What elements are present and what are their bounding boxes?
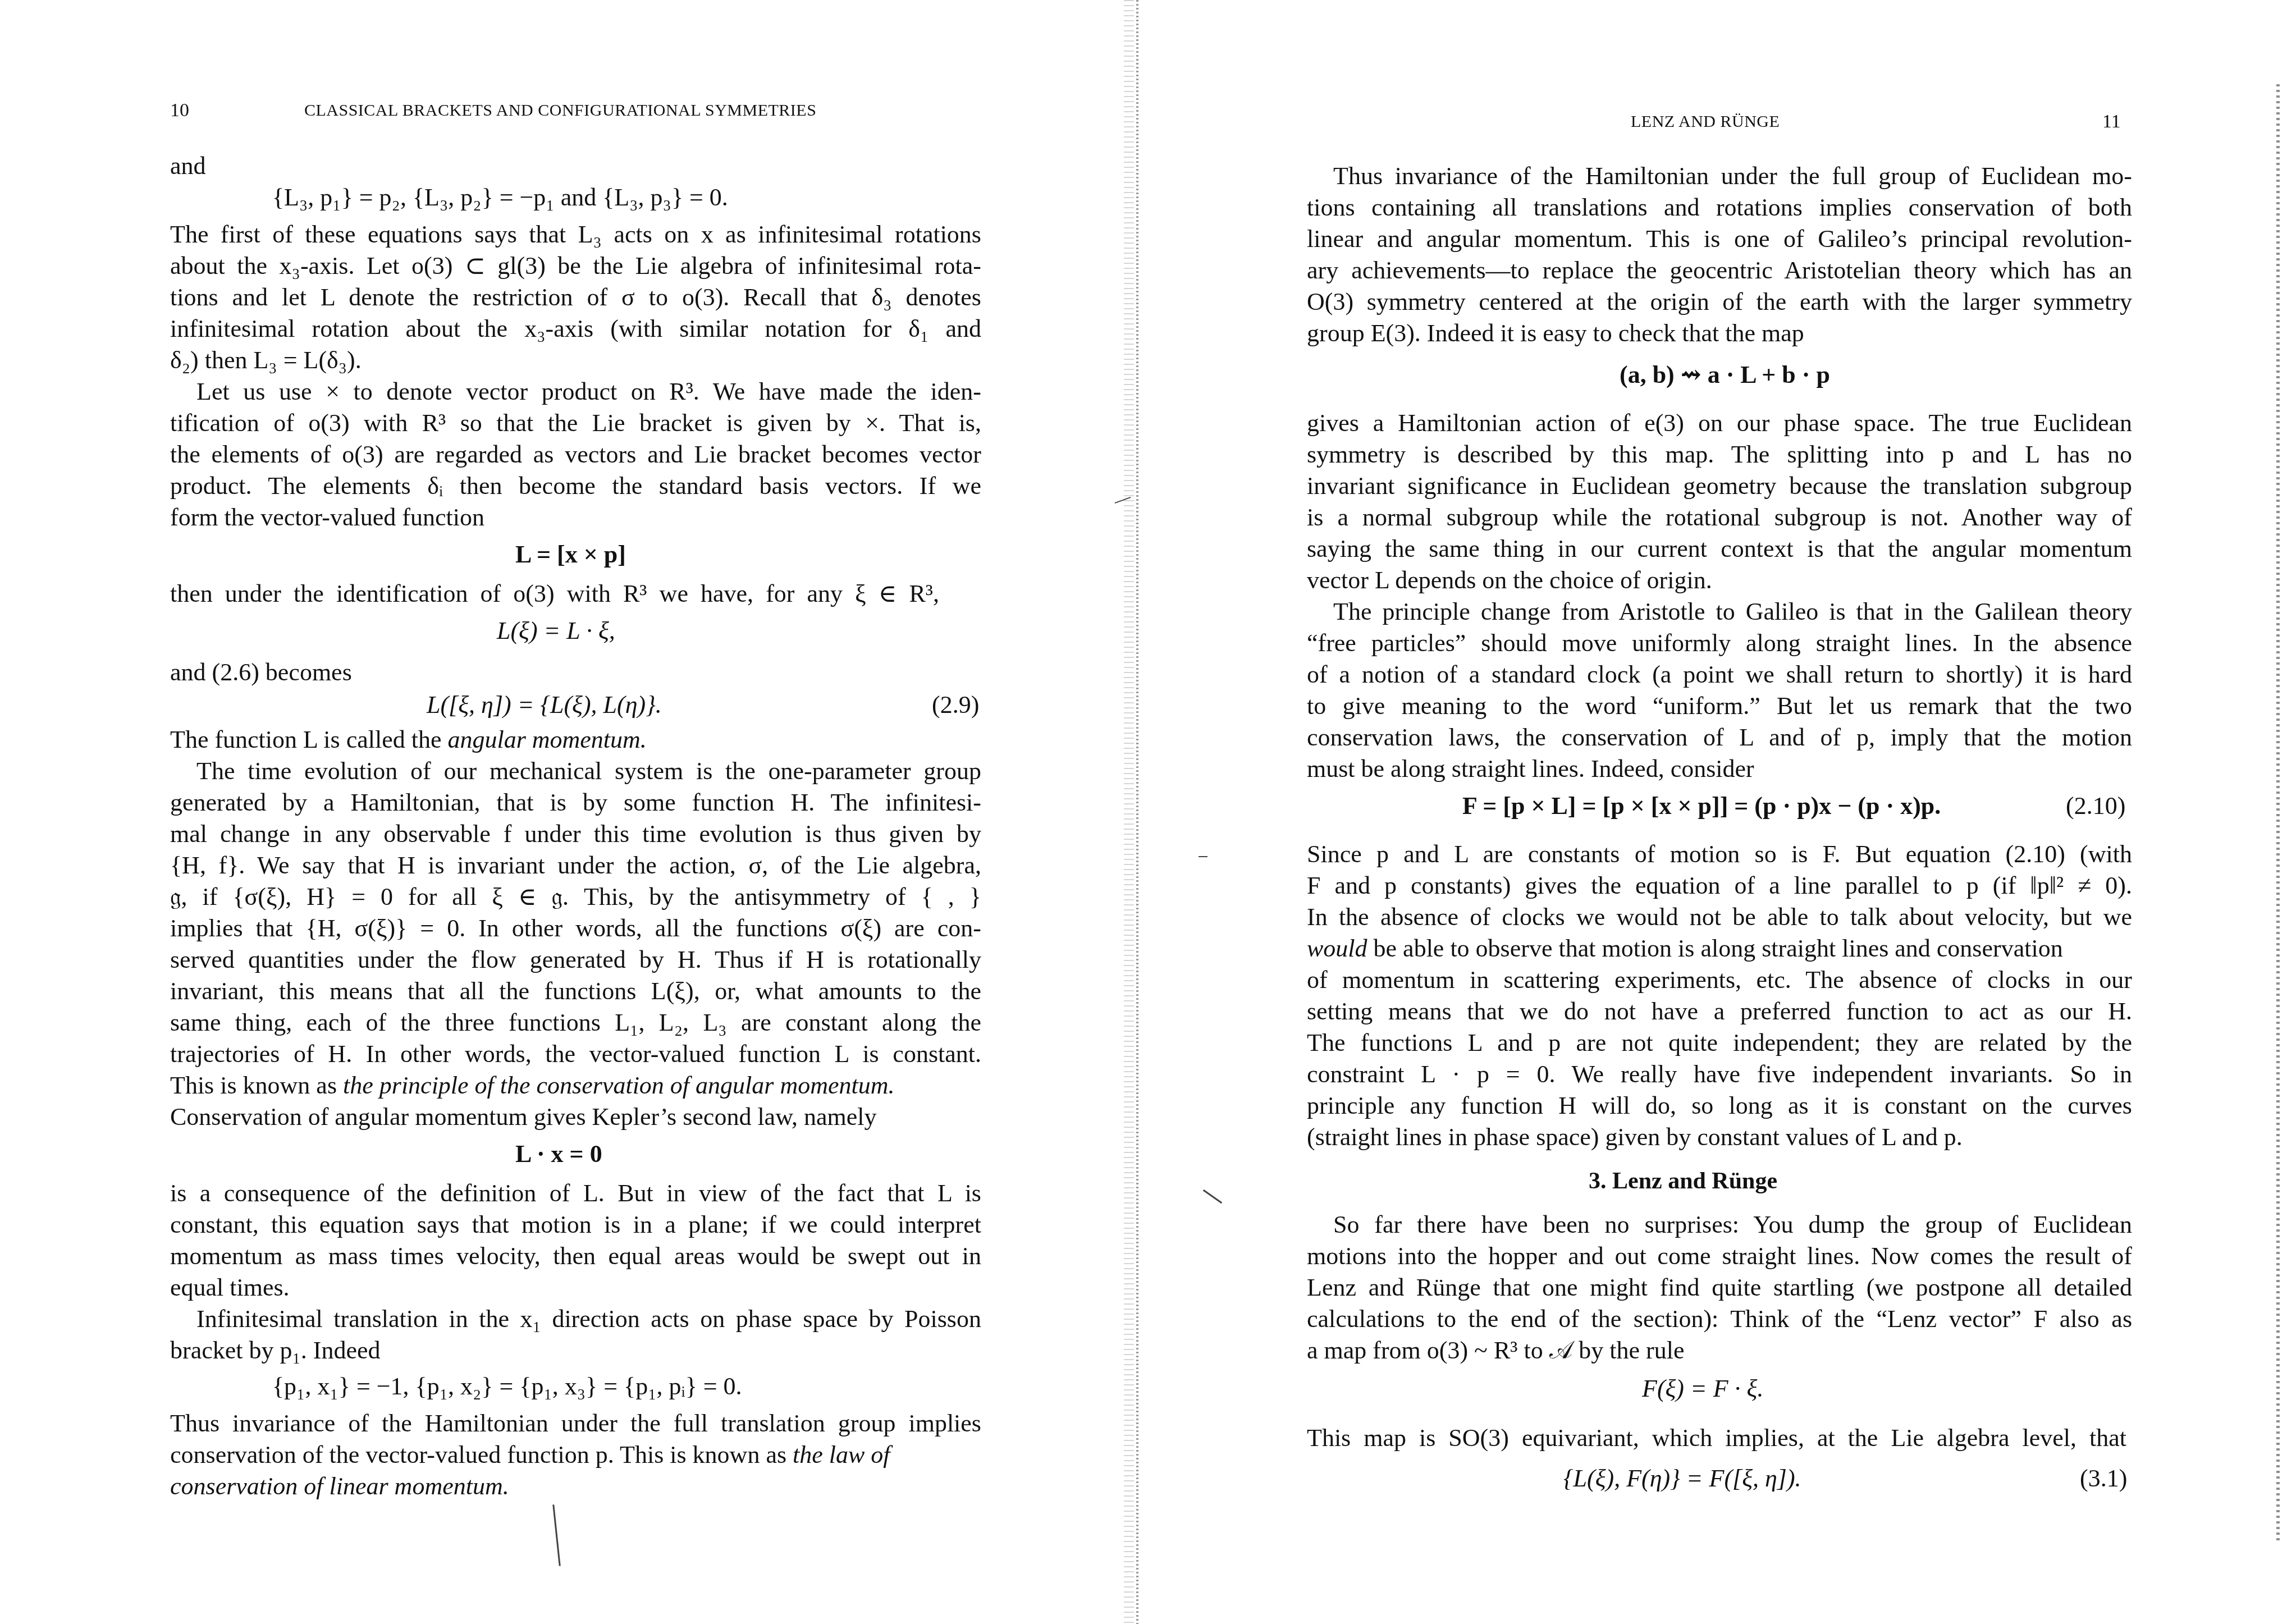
italic-term: the law of [793,1441,890,1469]
text-line: is a normal subgroup while the rotationa… [1307,505,2132,530]
equation-number: (2.9) [932,693,979,717]
text-line: mal change in any observable f under thi… [170,822,981,847]
text-line: tions and let L denote the restriction o… [170,285,981,310]
text-line: symmetry is described by this map. The s… [1307,442,2132,467]
text-line: of a notion of a standard clock (a point… [1307,662,2132,687]
text-line: invariant, this means that all the funct… [170,979,981,1004]
text-line: calculations to the end of the section):… [1307,1307,2132,1332]
equation: L = [x × p] [515,542,626,567]
text-line: motions into the hopper and out come str… [1307,1244,2132,1269]
equation: L · x = 0 [515,1142,602,1166]
page-number: 10 [170,100,189,121]
text-line: constant, this equation says that motion… [170,1213,981,1237]
italic-term: the principle of the conservation of ang… [343,1072,895,1099]
text-line: δ₂) then L₃ = L(δ₃). [170,348,362,373]
text-line: This is known as the principle of the co… [170,1073,895,1098]
text-line: (straight lines in phase space) given by… [1307,1125,1963,1150]
text-line: Conservation of angular momentum gives K… [170,1105,877,1129]
text-line: The functions L and p are not quite inde… [1307,1031,2132,1055]
text-line: would be able to observe that motion is … [1307,936,2063,961]
equation: L(ξ) = L · ξ, [497,619,615,643]
text-line: The first of these equations says that L… [170,222,981,247]
text-line: Infinitesimal translation in the x₁ dire… [196,1307,981,1332]
text-line: group E(3). Indeed it is easy to check t… [1307,321,1804,346]
text-line: constraint L · p = 0. We really have fiv… [1307,1062,2132,1087]
equation: F = [p × L] = [p × [x × p]] = (p · p)x −… [1462,794,1941,818]
equation-number: (2.10) [2066,794,2125,818]
text-line: The principle change from Aristotle to G… [1333,600,2132,624]
text-line: In the absence of clocks we would not be… [1307,905,2132,930]
italic-term: angular momentum. [447,726,646,753]
text-line: saying the same thing in our current con… [1307,537,2132,561]
text-line: same thing, each of the three functions … [170,1010,981,1035]
text-line: trajectories of H. In other words, the v… [170,1042,981,1067]
text-line: Lenz and Rünge that one might find quite… [1307,1275,2132,1300]
page-left: 10 CLASSICAL BRACKETS AND CONFIGURATIONA… [0,0,1137,1624]
page-right: LENZ AND RÜNGE 11 Thus invariance of the… [1137,0,2287,1624]
text-line: Thus invariance of the Hamiltonian under… [1333,164,2132,189]
text-line: Thus invariance of the Hamiltonian under… [170,1411,981,1436]
text-line: tification of o(3) with R³ so that the L… [170,411,981,436]
text-line: “free particles” should move uniformly a… [1307,631,2132,656]
text-line: form the vector-valued function [170,505,484,530]
text-line: Since p and L are constants of motion so… [1307,842,2132,867]
text-line: O(3) symmetry centered at the origin of … [1307,290,2132,314]
text-line: must be along straight lines. Indeed, co… [1307,757,1754,781]
text-line: bracket by p₁. Indeed [170,1338,381,1363]
text-line: ary achievements—to replace the geocentr… [1307,258,2132,283]
equation: {p₁, x₁} = −1, {p₁, x₂} = {p₁, x₃} = {p₁… [272,1374,742,1399]
text-line: gives a Hamiltonian action of e(3) on ou… [1307,411,2132,436]
text-line: to give meaning to the word “uniform.” B… [1307,694,2132,719]
equation: {L(ξ), F(η)} = F([ξ, η]). [1563,1466,1801,1491]
running-head: CLASSICAL BRACKETS AND CONFIGURATIONAL S… [304,101,816,120]
text-span: conservation of the vector-valued functi… [170,1441,793,1469]
equation: L([ξ, η]) = {L(ξ), L(η)}. [427,693,662,717]
text-line: invariant significance in Euclidean geom… [1307,474,2132,498]
text-line: momentum as mass times velocity, then eq… [170,1244,981,1269]
equation: F(ξ) = F · ξ. [1642,1376,1763,1401]
text-line: setting means that we do not have a pref… [1307,999,2132,1024]
text-line: of momentum in scattering experiments, e… [1307,968,2132,992]
text-line: equal times. [170,1275,290,1300]
equation: (a, b) ⇝ a · L + b · p [1620,363,1830,387]
text-line: and (2.6) becomes [170,660,352,685]
italic-term: would [1307,935,1367,962]
text-line: vector L depends on the choice of origin… [1307,568,1712,593]
text-line: about the x₃-axis. Let o(3) ⊂ gl(3) be t… [170,254,981,278]
text-line: served quantities under the flow generat… [170,948,981,972]
text-line: principle any function H will do, so lon… [1307,1094,2132,1118]
text-line: F and p constants) gives the equation of… [1307,873,2132,898]
text-line: generated by a Hamiltonian, that is by s… [170,790,981,815]
text-line: The function L is called the angular mom… [170,728,647,752]
text-line: 𝔤, if {σ(ξ), H} = 0 for all ξ ∈ 𝔤. This,… [170,885,981,909]
text-line: Let us use × to denote vector product on… [196,379,981,404]
text-line: the elements of o(3) are regarded as vec… [170,442,981,467]
equation-number: (3.1) [2080,1466,2127,1491]
text-line: a map from o(3) ~ R³ to 𝒜 by the rule [1307,1338,1684,1363]
text-line: product. The elements δᵢ then become the… [170,474,981,498]
text-line: This map is SO(3) equivariant, which imp… [1307,1426,2126,1451]
text-line: So far there have been no surprises: You… [1333,1213,2132,1237]
text-line: then under the identification of o(3) wi… [170,582,939,606]
text-line: tions containing all translations and ro… [1307,195,2132,220]
text-span: The function L is called the [170,726,447,753]
text-line: {H, f}. We say that H is invariant under… [170,853,981,878]
page-number: 11 [2102,111,2121,132]
text-line: implies that {H, σ(ξ)} = 0. In other wor… [170,916,981,941]
text-line: conservation of linear momentum. [170,1474,509,1499]
running-head: LENZ AND RÜNGE [1631,112,1780,131]
text-line: and [170,154,206,179]
text-span: This is known as [170,1072,343,1099]
text-line: infinitesimal rotation about the x₃-axis… [170,317,981,341]
text-line: linear and angular momentum. This is one… [1307,227,2132,251]
text-line: The time evolution of our mechanical sys… [196,759,981,784]
text-span: be able to observe that motion is along … [1367,935,2063,962]
text-line: is a consequence of the definition of L.… [170,1181,981,1206]
text-line: conservation laws, the conservation of L… [1307,725,2132,750]
italic-term: conservation of linear momentum. [170,1472,509,1500]
equation: {L₃, p₁} = p₂, {L₃, p₂} = −p₁ and {L₃, p… [272,185,728,210]
section-heading: 3. Lenz and Rünge [1589,1168,1777,1195]
text-line: conservation of the vector-valued functi… [170,1443,890,1467]
